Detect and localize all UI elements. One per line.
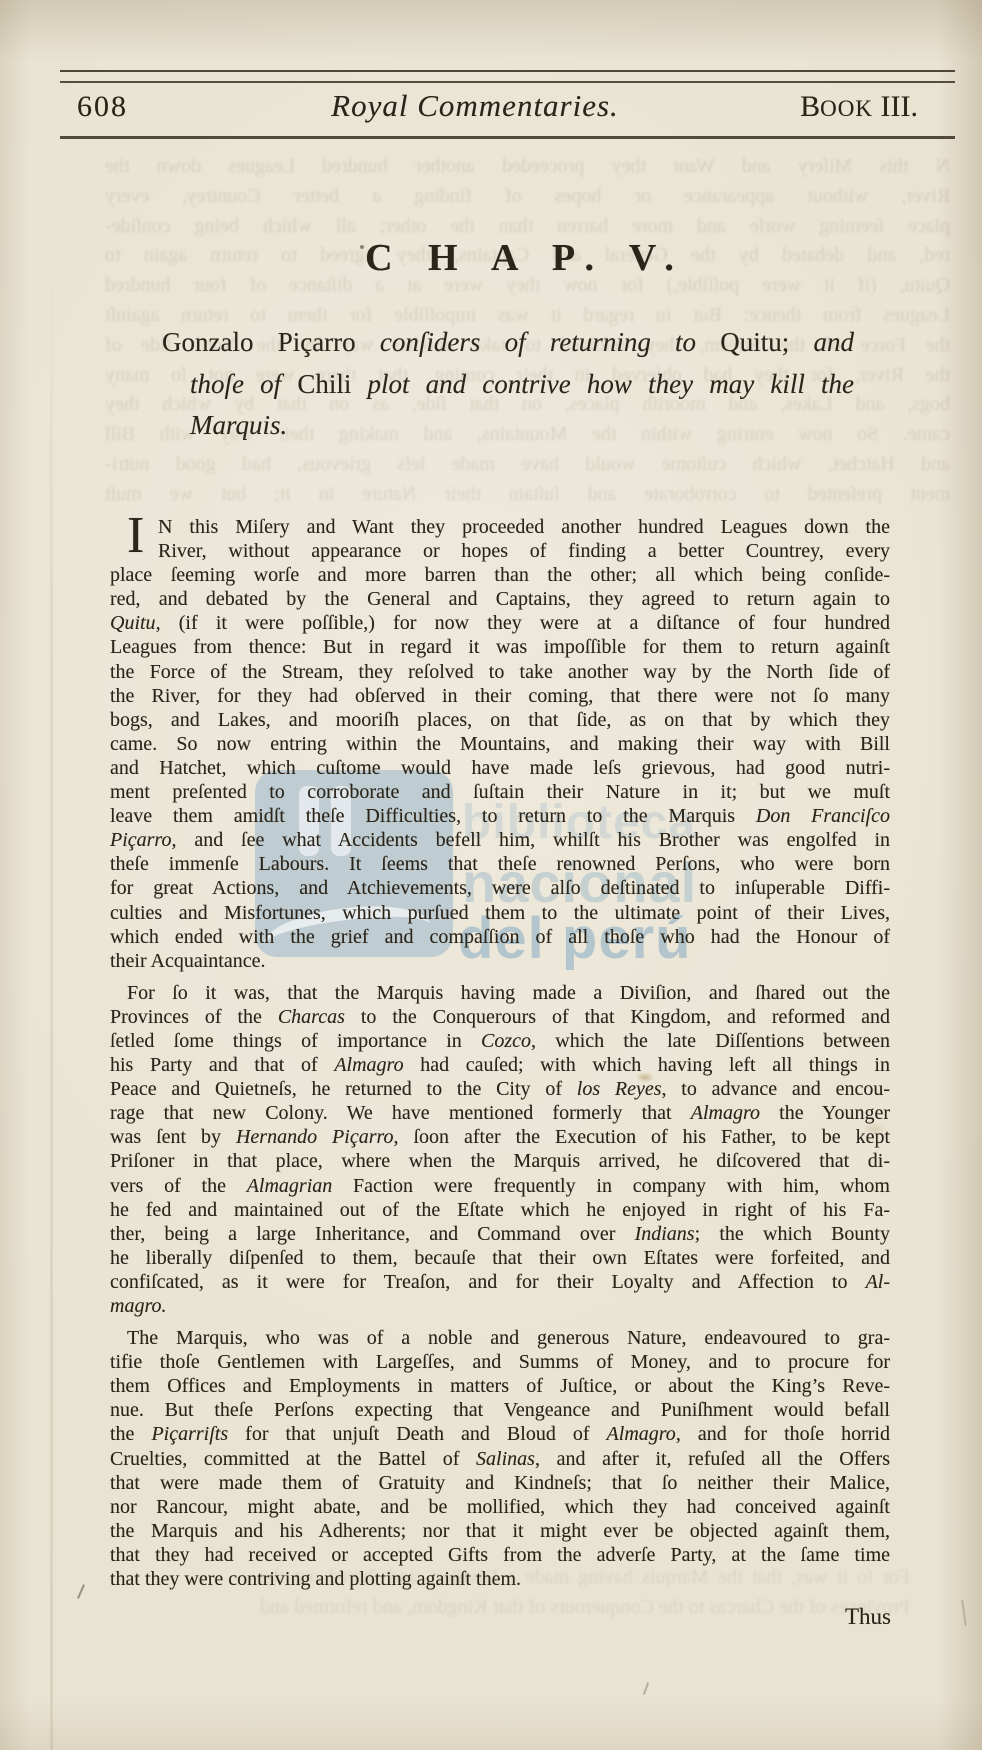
- text-line: ther, being a large Inheritance, and Com…: [110, 1222, 890, 1246]
- text-run: Cozco: [481, 1030, 531, 1052]
- ghost-text-line: N this Miſery and Want they proceeded an…: [105, 152, 950, 182]
- text-line: ment preſented to corroborate and ſuſtai…: [110, 780, 890, 804]
- text-line: confiſcated, as it were for Treaſon, and…: [110, 1270, 890, 1294]
- pen-mark: [77, 1584, 85, 1599]
- text-line: culties and Misfortunes, which purſued t…: [110, 901, 890, 925]
- text-run: Al-: [866, 1271, 890, 1293]
- text-run: that they were contriving and plotting a…: [110, 1568, 521, 1590]
- text-line: Provinces of the Charcas to the Conquero…: [110, 1005, 890, 1029]
- summary-line: thoſe of Chili plot and contrive how the…: [162, 364, 854, 406]
- text-run: the Marquis and his Adherents; nor that …: [110, 1520, 890, 1542]
- text-run: place ſeeming worſe and more barren than…: [110, 564, 890, 586]
- summary-line: Gonzalo Piçarro conſiders of returning t…: [162, 322, 854, 364]
- catchword: Thus: [845, 1604, 891, 1630]
- text-run: Quitu: [110, 612, 156, 634]
- text-run: he liberally diſpenſed to them, becauſe …: [110, 1247, 890, 1269]
- page-header: 608 Royal Commentaries. Book III.: [60, 88, 955, 124]
- text-run: magro.: [110, 1295, 166, 1317]
- book-label: Book III.: [723, 90, 955, 124]
- text-run: Almagro: [607, 1423, 676, 1445]
- text-run: , and after it, refuſed all the Offers: [535, 1448, 890, 1470]
- text-run: the: [110, 1423, 151, 1445]
- text-line: leave them amidſt theſe Difficulties, to…: [110, 804, 890, 828]
- book-label-number: III.: [881, 90, 918, 123]
- text-line: Priſoner in that place, where when the M…: [110, 1149, 890, 1173]
- paper-stain: [862, 1122, 888, 1136]
- header-rule-double: [60, 70, 955, 83]
- ghost-text-line: and Hatchet, which cuſtome would have ma…: [105, 450, 950, 480]
- text-run: River, without appearance or hopes of fi…: [158, 540, 890, 562]
- text-line: vers of the Almagrian Faction were frequ…: [110, 1174, 890, 1198]
- text-run: for that unjuſt Death and Bloud of: [228, 1423, 606, 1445]
- text-line: theſe immenſe Labours. It ſeems that the…: [110, 852, 890, 876]
- text-run: Almagro: [334, 1054, 403, 1076]
- text-run: tifie thoſe Gentlemen with Largeſſes, an…: [110, 1351, 890, 1373]
- text-line: nor Rancour, might abate, and be mollifi…: [110, 1495, 890, 1519]
- text-run: , and ſee what Accidents befell him, whi…: [171, 829, 890, 851]
- text-run: ment preſented to corroborate and ſuſtai…: [110, 781, 890, 803]
- text-run: For ſo it was, that the Marquis having m…: [127, 982, 890, 1004]
- text-line: came. So now entring within the Mountain…: [110, 732, 890, 756]
- text-line: ſetled ſome things of importance in Cozc…: [110, 1029, 890, 1053]
- text-run: came. So now entring within the Mountain…: [110, 733, 890, 755]
- text-run: Hernando Piçarro: [236, 1126, 394, 1148]
- page-edge-mark: [961, 1600, 967, 1626]
- text-line: their Acquaintance.: [110, 949, 890, 973]
- book-label-cap: B: [800, 90, 820, 123]
- text-run: Cruelties, committed at the Battel of: [110, 1448, 476, 1470]
- text-run: Faction were frequently in company with …: [332, 1175, 890, 1197]
- text-line: the Piçarriſts for that unjuſt Death and…: [110, 1422, 890, 1446]
- text-line: red, and debated by the General and Capt…: [110, 587, 890, 611]
- text-run: Almagrian: [247, 1175, 333, 1197]
- text-line: Piçarro, and ſee what Accidents befell h…: [110, 828, 890, 852]
- text-run: , (if it were poſſible,) for now they we…: [156, 612, 890, 634]
- chapter-heading: C H A P. V.: [136, 236, 916, 280]
- text-run: Leagues from thence: But in regard it wa…: [110, 636, 890, 658]
- text-run: , and for thoſe horrid: [676, 1423, 890, 1445]
- ghost-text-line: River, without appearance or hopes of fi…: [105, 182, 950, 212]
- text-run: Chili: [297, 369, 367, 399]
- text-run: Indians: [635, 1223, 695, 1245]
- text-run: Charcas: [278, 1006, 345, 1028]
- text-run: Provinces of the: [110, 1006, 278, 1028]
- running-title: Royal Commentaries.: [227, 88, 723, 124]
- text-line: Leagues from thence: But in regard it wa…: [110, 635, 890, 659]
- text-line: and Hatchet, which cuſtome would have ma…: [110, 756, 890, 780]
- text-run: Priſoner in that place, where when the M…: [110, 1150, 890, 1172]
- book-page: 608 Royal Commentaries. Book III. N this…: [0, 0, 982, 1750]
- text-run: Peace and Quietneſs, he returned to the …: [110, 1078, 577, 1100]
- text-run: conſiders of returning to: [380, 327, 720, 357]
- text-run: nor Rancour, might abate, and be mollifi…: [110, 1496, 890, 1518]
- text-line: which ended with the grief and compaſſio…: [110, 925, 890, 949]
- text-run: their Acquaintance.: [110, 950, 266, 972]
- text-run: N this Miſery and Want they proceeded an…: [158, 516, 890, 538]
- page-number: 608: [60, 90, 227, 124]
- text-line: he liberally diſpenſed to them, becauſe …: [110, 1246, 890, 1270]
- book-label-smallcaps: ook: [820, 96, 873, 121]
- text-run: culties and Misfortunes, which purſued t…: [110, 902, 890, 924]
- text-run: plot and contrive how they may kill the: [367, 369, 854, 399]
- text-line: his Party and that of Almagro had cauſed…: [110, 1053, 890, 1077]
- text-run: bogs, and Lakes, and mooriſh places, on …: [110, 709, 890, 731]
- text-line: N this Miſery and Want they proceeded an…: [110, 515, 890, 539]
- text-run: the River, for they had obſerved in thei…: [110, 685, 890, 707]
- chapter-summary: Gonzalo Piçarro conſiders of returning t…: [162, 322, 854, 447]
- text-run: the Younger: [760, 1102, 890, 1124]
- text-run: Salinas: [476, 1448, 535, 1470]
- header-rule-single: [60, 136, 955, 139]
- text-run: and: [814, 327, 855, 357]
- text-line: the Marquis and his Adherents; nor that …: [110, 1519, 890, 1543]
- text-run: , which the late Diſſentions between: [531, 1030, 890, 1052]
- text-line: that were made them of Gratuity and Kind…: [110, 1471, 890, 1495]
- text-line: the Force of the Stream, they reſolved t…: [110, 660, 890, 684]
- text-run: Quitu;: [720, 327, 813, 357]
- text-run: , to advance and encou-: [662, 1078, 890, 1100]
- text-line: Cruelties, committed at the Battel of Sa…: [110, 1447, 890, 1471]
- text-run: Piçarro: [110, 829, 171, 851]
- ghost-text-line: ment preſented to corroborate and ſuſtai…: [105, 480, 950, 510]
- text-run: for great Actions, and Atchievements, we…: [110, 877, 890, 899]
- text-line: place ſeeming worſe and more barren than…: [110, 563, 890, 587]
- text-line: that they were contriving and plotting a…: [110, 1567, 890, 1591]
- pen-mark: [643, 1682, 649, 1695]
- text-line: For ſo it was, that the Marquis having m…: [110, 981, 890, 1005]
- text-run: he fed and maintained out of the Eſtate …: [110, 1199, 890, 1221]
- text-line: that they had received or accepted Gifts…: [110, 1543, 890, 1567]
- text-line: Quitu, (if it were poſſible,) for now th…: [110, 611, 890, 635]
- text-run: red, and debated by the General and Capt…: [110, 588, 890, 610]
- text-run: ; the which Bounty: [695, 1223, 890, 1245]
- ghost-text-line: Provinces of the Charcas to the Conquero…: [260, 1592, 910, 1622]
- text-run: his Party and that of: [110, 1054, 334, 1076]
- paper-crease: [50, 240, 53, 1750]
- text-line: for great Actions, and Atchievements, we…: [110, 876, 890, 900]
- text-run: rage that new Colony. We have mentioned …: [110, 1102, 691, 1124]
- text-run: leave them amidſt theſe Difficulties, to…: [110, 805, 756, 827]
- text-run: ther, being a large Inheritance, and Com…: [110, 1223, 635, 1245]
- text-line: bogs, and Lakes, and mooriſh places, on …: [110, 708, 890, 732]
- text-line: Peace and Quietneſs, he returned to the …: [110, 1077, 890, 1101]
- text-run: Gonzalo Piçarro: [162, 327, 380, 357]
- text-line: was ſent by Hernando Piçarro, ſoon after…: [110, 1125, 890, 1149]
- text-run: Marquis.: [190, 410, 287, 440]
- text-run: to the Conquerours of that Kingdom, and …: [345, 1006, 890, 1028]
- text-run: confiſcated, as it were for Treaſon, and…: [110, 1271, 866, 1293]
- text-run: which ended with the grief and compaſſio…: [110, 926, 890, 948]
- text-run: thoſe of: [190, 369, 297, 399]
- text-run: , ſoon after the Execution of his Father…: [394, 1126, 890, 1148]
- text-line: magro.: [110, 1294, 890, 1318]
- text-run: theſe immenſe Labours. It ſeems that the…: [110, 853, 890, 875]
- text-line: them Offices and Employments in matters …: [110, 1374, 890, 1398]
- text-run: Piçarriſts: [151, 1423, 228, 1445]
- text-line: River, without appearance or hopes of fi…: [110, 539, 890, 563]
- text-run: Almagro: [691, 1102, 760, 1124]
- text-run: nue. But theſe Perſons expecting that Ve…: [110, 1399, 890, 1421]
- text-run: that were made them of Gratuity and Kind…: [110, 1472, 890, 1494]
- text-line: tifie thoſe Gentlemen with Largeſſes, an…: [110, 1350, 890, 1374]
- text-run: vers of the: [110, 1175, 247, 1197]
- text-line: he fed and maintained out of the Eſtate …: [110, 1198, 890, 1222]
- text-run: and Hatchet, which cuſtome would have ma…: [110, 757, 890, 779]
- text-run: that they had received or accepted Gifts…: [110, 1544, 890, 1566]
- text-run: was ſent by: [110, 1126, 236, 1148]
- summary-line: Marquis.: [162, 405, 854, 447]
- text-line: the River, for they had obſerved in thei…: [110, 684, 890, 708]
- body-text: N this Miſery and Want they proceeded an…: [110, 515, 890, 1591]
- ink-speck: [360, 245, 364, 249]
- text-line: The Marquis, who was of a noble and gene…: [110, 1326, 890, 1350]
- paper-stain: [636, 1072, 654, 1083]
- text-run: The Marquis, who was of a noble and gene…: [127, 1327, 890, 1349]
- text-line: nue. But theſe Perſons expecting that Ve…: [110, 1398, 890, 1422]
- text-line: rage that new Colony. We have mentioned …: [110, 1101, 890, 1125]
- text-run: ſetled ſome things of importance in: [110, 1030, 481, 1052]
- text-run: Don Franciſco: [756, 805, 890, 827]
- text-run: the Force of the Stream, they reſolved t…: [110, 661, 890, 683]
- text-run: them Offices and Employments in matters …: [110, 1375, 890, 1397]
